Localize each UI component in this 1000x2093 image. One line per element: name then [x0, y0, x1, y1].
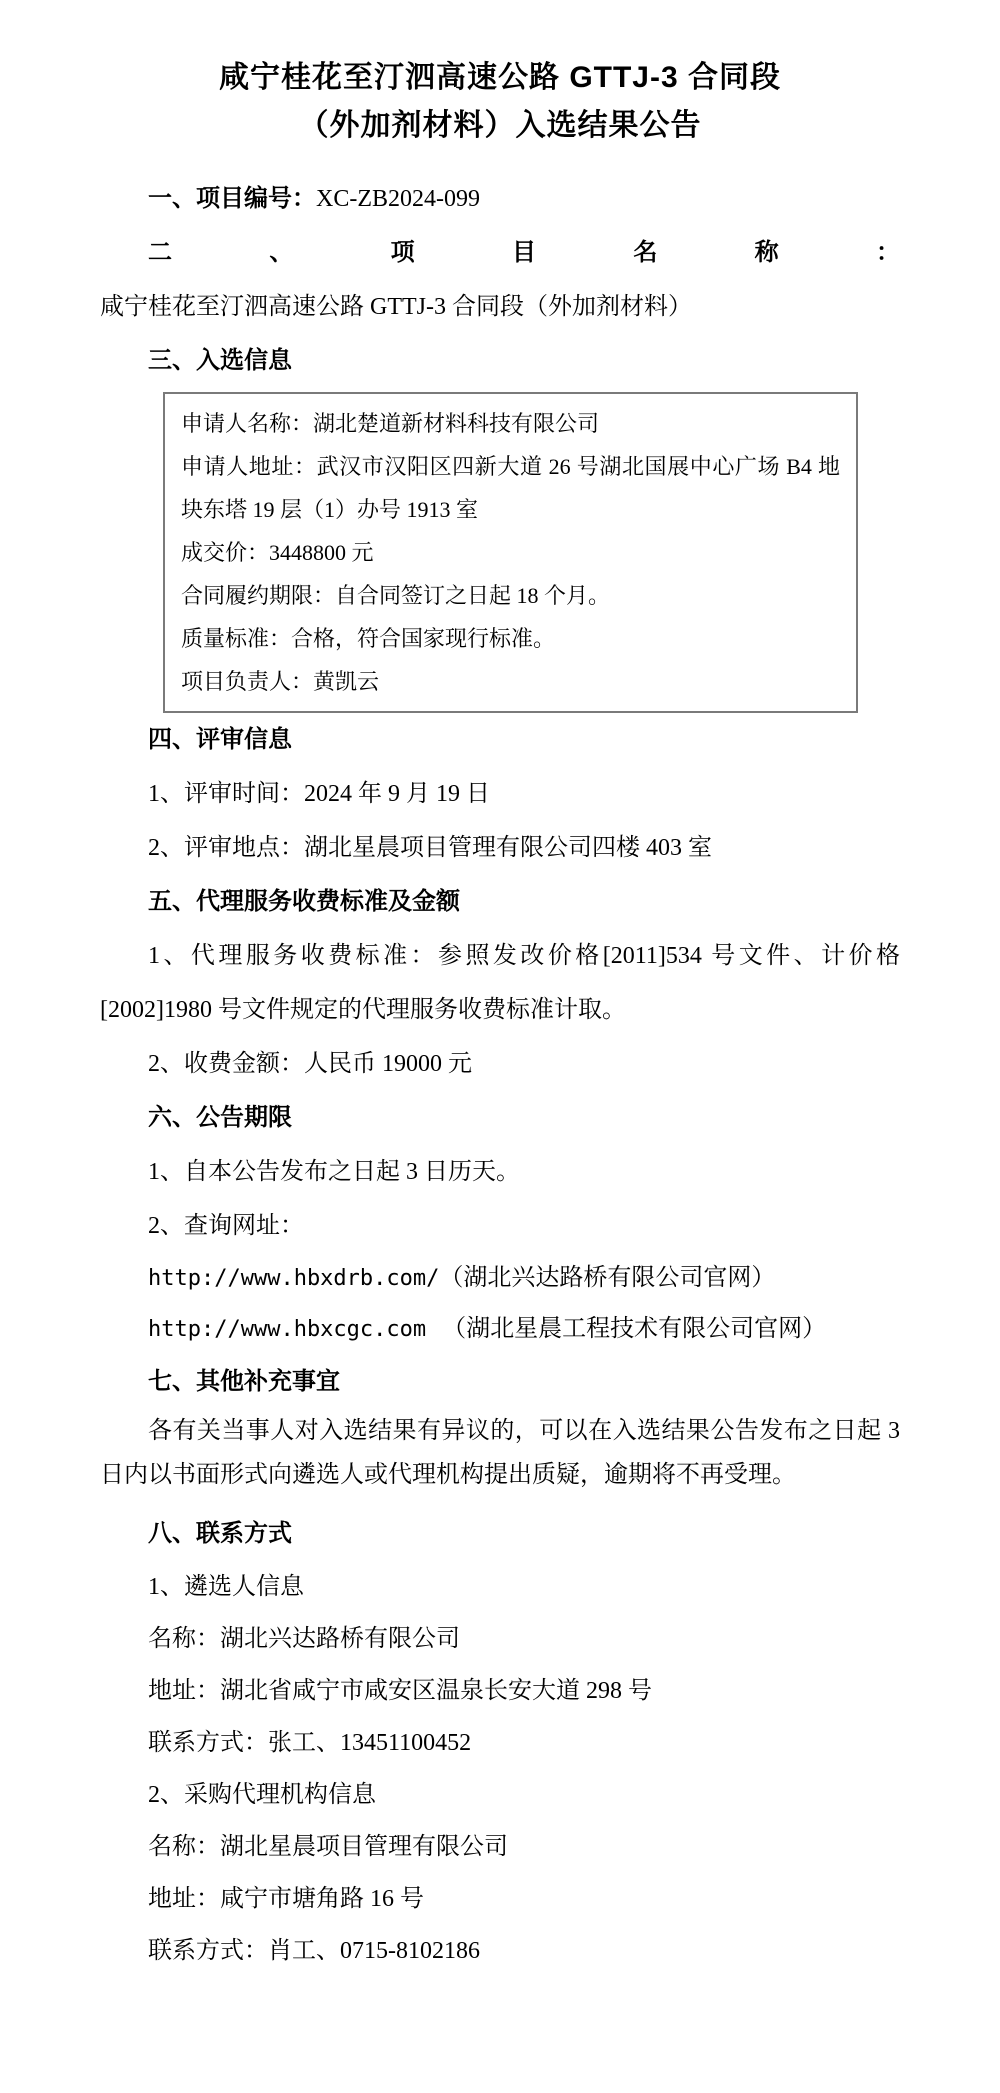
selector-contact-line: 联系方式：张工、13451100452 [100, 1717, 900, 1769]
url-hbxdrb: http://www.hbxdrb.com/ [148, 1266, 439, 1291]
selector-address-line: 地址：湖北省咸宁市咸安区温泉长安大道 298 号 [100, 1665, 900, 1717]
selection-info-box: 申请人名称：湖北楚道新材料科技有限公司 申请人地址：武汉市汉阳区四新大道 26 … [163, 392, 858, 713]
project-name-value: 咸宁桂花至汀泗高速公路 GTTJ-3 合同段（外加剂材料） [100, 294, 692, 320]
project-number-line: 一、项目编号：XC-ZB2024-099 [100, 172, 900, 226]
agency-fee-standard-line: 1、代理服务收费标准：参照发改价格[2011]534 号文件、计价格[2002]… [100, 929, 900, 1037]
section-heading-review-info: 四、评审信息 [100, 713, 900, 767]
box-row-applicant-address: 申请人地址：武汉市汉阳区四新大道 26 号湖北国展中心广场 B4 地块东塔 19… [181, 445, 840, 531]
document-title: 咸宁桂花至汀泗高速公路 GTTJ-3 合同段 （外加剂材料）入选结果公告 [100, 54, 900, 150]
section-heading-contact-info: 八、联系方式 [100, 1507, 900, 1561]
project-number-value: XC-ZB2024-099 [316, 186, 480, 212]
section-heading-agency-fee: 五、代理服务收费标准及金额 [100, 875, 900, 929]
box-row-applicant-name: 申请人名称：湖北楚道新材料科技有限公司 [181, 402, 840, 445]
section-heading-selection-info: 三、入选信息 [100, 334, 900, 388]
query-url-line-1: http://www.hbxdrb.com/（湖北兴达路桥有限公司官网） [100, 1253, 900, 1304]
review-place-line: 2、评审地点：湖北星晨项目管理有限公司四楼 403 室 [100, 821, 900, 875]
url-hbxdrb-note: （湖北兴达路桥有限公司官网） [439, 1265, 775, 1291]
review-time-line: 1、评审时间：2024 年 9 月 19 日 [100, 767, 900, 821]
agency-info-subheading: 2、采购代理机构信息 [100, 1769, 900, 1821]
agency-contact-line: 联系方式：肖工、0715-8102186 [100, 1925, 900, 1977]
section-heading-announcement-period: 六、公告期限 [100, 1091, 900, 1145]
project-name-label: 二、项目名称： [148, 239, 900, 266]
title-line-2: （外加剂材料）入选结果公告 [100, 102, 900, 150]
selector-info-subheading: 1、遴选人信息 [100, 1561, 900, 1613]
box-row-project-manager: 项目负责人：黄凯云 [181, 660, 840, 703]
box-row-contract-period: 合同履约期限：自合同签订之日起 18 个月。 [181, 574, 840, 617]
document-page: 咸宁桂花至汀泗高速公路 GTTJ-3 合同段 （外加剂材料）入选结果公告 一、项… [0, 0, 1000, 1977]
section-heading-other-matters: 七、其他补充事宜 [100, 1355, 900, 1409]
project-number-label: 一、项目编号： [148, 185, 316, 212]
agency-address-line: 地址：咸宁市塘角路 16 号 [100, 1873, 900, 1925]
agency-name-line: 名称：湖北星晨项目管理有限公司 [100, 1821, 900, 1873]
url-hbxcgc-note: （湖北星晨工程技术有限公司官网） [426, 1316, 826, 1342]
query-url-label-line: 2、查询网址： [100, 1199, 900, 1253]
other-matters-paragraph: 各有关当事人对入选结果有异议的，可以在入选结果公告发布之日起 3 日内以书面形式… [100, 1409, 900, 1497]
query-url-line-2: http://www.hbxcgc.com（湖北星晨工程技术有限公司官网） [100, 1304, 900, 1355]
announcement-period-line: 1、自本公告发布之日起 3 日历天。 [100, 1145, 900, 1199]
project-name-line: 二、项目名称：咸宁桂花至汀泗高速公路 GTTJ-3 合同段（外加剂材料） [100, 226, 900, 334]
box-row-quality-standard: 质量标准：合格，符合国家现行标准。 [181, 617, 840, 660]
selector-name-line: 名称：湖北兴达路桥有限公司 [100, 1613, 900, 1665]
title-line-1: 咸宁桂花至汀泗高速公路 GTTJ-3 合同段 [100, 54, 900, 102]
box-row-deal-price: 成交价：3448800 元 [181, 531, 840, 574]
agency-fee-amount-line: 2、收费金额：人民币 19000 元 [100, 1037, 900, 1091]
url-hbxcgc: http://www.hbxcgc.com [148, 1317, 426, 1342]
